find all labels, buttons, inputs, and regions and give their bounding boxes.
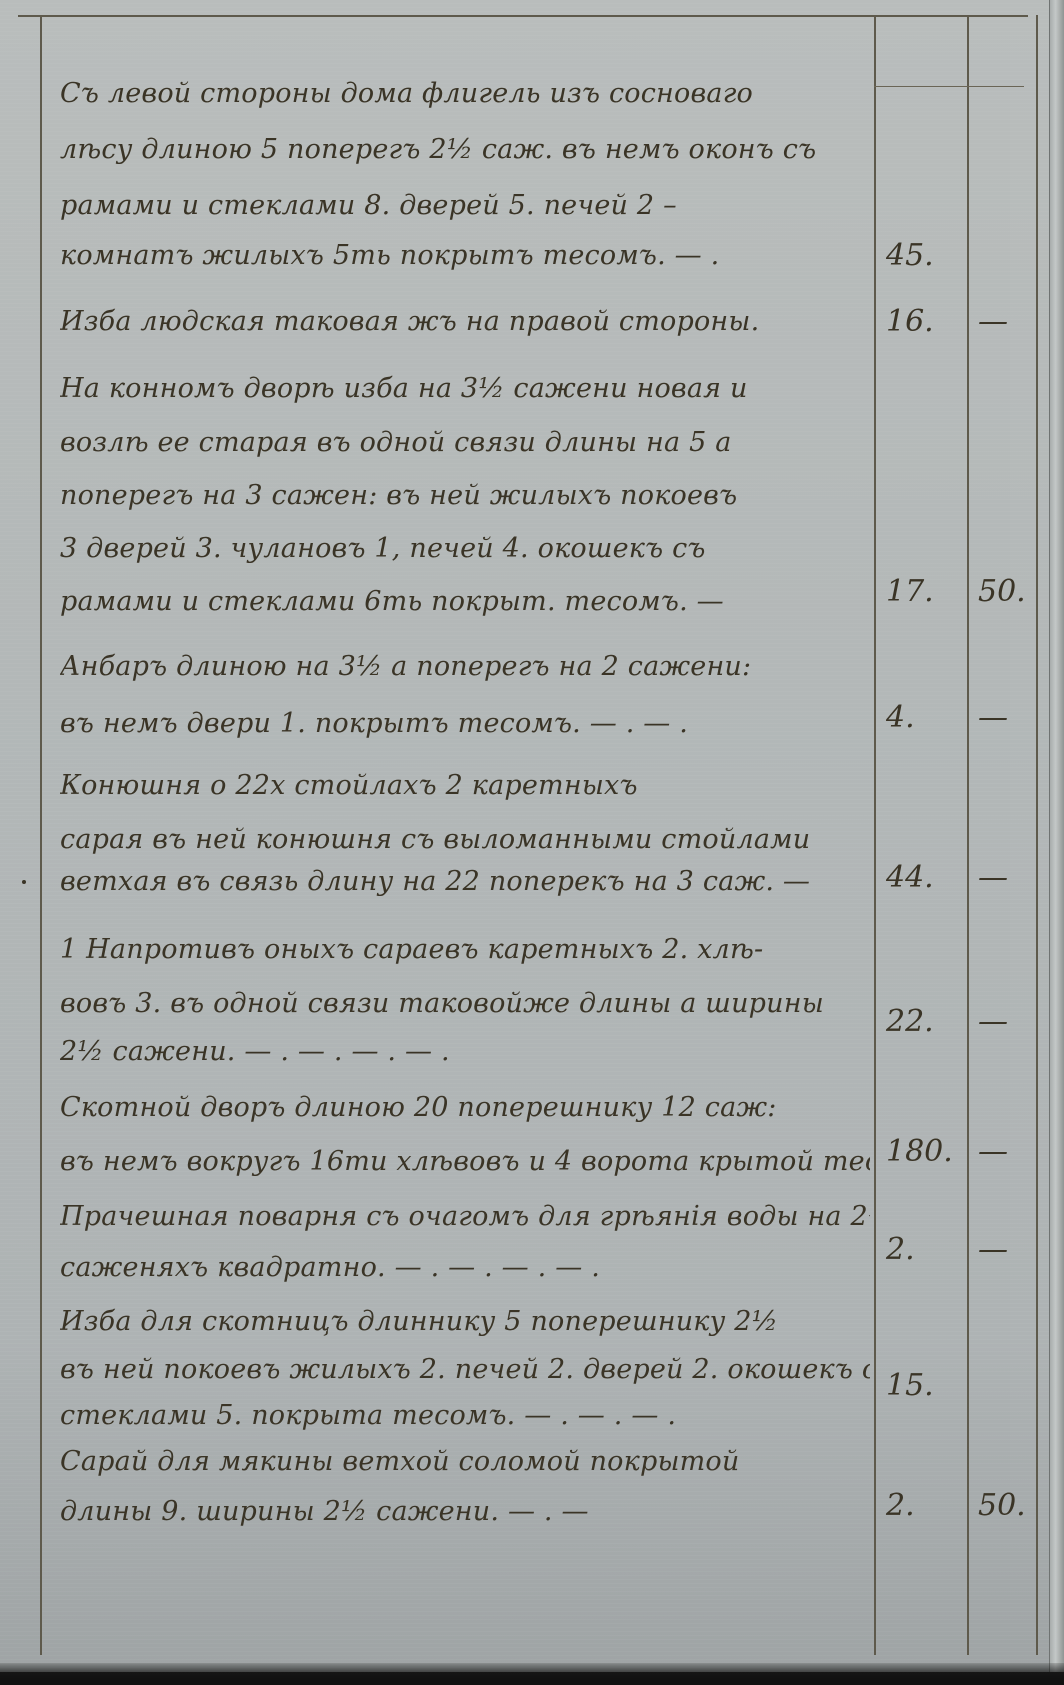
entry-3-rubles: 4. bbox=[886, 696, 966, 740]
entry-5-kopecks: — bbox=[978, 1000, 1038, 1044]
scan-bottom-shadow bbox=[0, 1663, 1064, 1685]
kopecks-column-rule bbox=[967, 15, 969, 1655]
margin-mark bbox=[22, 880, 26, 884]
frame-left-rule bbox=[40, 15, 42, 1655]
entry-9-line-0: Сарай для мякины ветхой соломой покрытой bbox=[60, 1440, 870, 1484]
entry-5-line-2: 2½ сажени. — . — . — . — . bbox=[60, 1030, 870, 1074]
column-header-rule bbox=[874, 86, 1024, 87]
entry-3-kopecks: — bbox=[978, 696, 1038, 740]
entry-9-kopecks: 50. bbox=[978, 1484, 1038, 1528]
entry-2-line-2: поперегъ на 3 сажен: въ ней жилыхъ покое… bbox=[60, 474, 870, 518]
entry-0-line-3: комнатъ жилыхъ 5ть покрытъ тесомъ. — . bbox=[60, 234, 870, 278]
entry-4-line-0: Конюшня о 22х стойлахъ 2 каретныхъ bbox=[60, 764, 870, 808]
entry-9-line-1: длины 9. ширины 2½ сажени. — . — bbox=[60, 1490, 870, 1534]
entry-4-line-1: сарая въ ней конюшня съ выломанными стой… bbox=[60, 818, 870, 862]
entry-5-line-0: 1 Напротивъ оныхъ сараевъ каретныхъ 2. х… bbox=[60, 928, 870, 972]
entry-3-line-0: Анбаръ длиною на 3½ а поперегъ на 2 саже… bbox=[60, 645, 870, 689]
entry-2-line-0: На конномъ дворѣ изба на 3½ сажени новая… bbox=[60, 367, 870, 411]
entry-2-line-4: рамами и стеклами 6ть покрыт. тесомъ. — bbox=[60, 580, 870, 624]
entry-2-kopecks: 50. bbox=[978, 570, 1038, 614]
entry-8-line-2: стеклами 5. покрыта тесомъ. — . — . — . bbox=[60, 1394, 870, 1438]
rubles-column-rule bbox=[874, 15, 876, 1655]
entry-5-line-1: вовъ 3. въ одной связи таковойже длины а… bbox=[60, 982, 870, 1026]
entry-0-rubles: 45. bbox=[886, 234, 966, 278]
entry-4-line-2: ветхая въ связь длину на 22 поперекъ на … bbox=[60, 860, 870, 904]
frame-top-rule bbox=[18, 15, 1028, 17]
entry-5-rubles: 22. bbox=[886, 1000, 966, 1044]
entry-0-line-1: лѣсу длиною 5 поперегъ 2½ саж. въ немъ о… bbox=[60, 128, 870, 172]
entry-0-line-2: рамами и стеклами 8. дверей 5. печей 2 – bbox=[60, 184, 870, 228]
entry-4-kopecks: — bbox=[978, 856, 1038, 900]
entry-3-line-1: въ немъ двери 1. покрытъ тесомъ. — . — . bbox=[60, 702, 870, 746]
entry-6-line-0: Скотной дворъ длиною 20 поперешнику 12 с… bbox=[60, 1086, 870, 1130]
entry-1-line-0: Изба людская таковая жъ на правой сторон… bbox=[60, 300, 870, 344]
entry-7-line-0: Прачешная поварня съ очагомъ для грѣянія… bbox=[60, 1195, 870, 1239]
entry-4-rubles: 44. bbox=[886, 856, 966, 900]
entry-8-line-0: Изба для скотницъ длиннику 5 поперешнику… bbox=[60, 1300, 870, 1344]
entry-1-rubles: 16. bbox=[886, 300, 966, 344]
entry-2-line-1: возлѣ ее старая въ одной связи длины на … bbox=[60, 421, 870, 465]
entry-6-rubles: 180. bbox=[886, 1130, 966, 1174]
entry-8-rubles: 15. bbox=[886, 1364, 966, 1408]
entry-9-rubles: 2. bbox=[886, 1484, 966, 1528]
entry-2-rubles: 17. bbox=[886, 570, 966, 614]
entry-7-rubles: 2. bbox=[886, 1228, 966, 1272]
frame-right-rule bbox=[1036, 15, 1038, 1655]
entry-2-line-3: 3 дверей 3. чулановъ 1, печей 4. окошекъ… bbox=[60, 527, 870, 571]
entry-7-kopecks: — bbox=[978, 1228, 1038, 1272]
entry-6-line-1: въ немъ вокругъ 16ти хлѣвовъ и 4 ворота … bbox=[60, 1140, 870, 1184]
entry-0-line-0: Съ левой стороны дома флигель изъ соснов… bbox=[60, 72, 870, 116]
adjacent-page-edge bbox=[1049, 0, 1064, 1672]
entry-1-kopecks: — bbox=[978, 300, 1038, 344]
ledger-page: Съ левой стороны дома флигель изъ соснов… bbox=[0, 0, 1054, 1672]
entry-7-line-1: саженяхъ квадратно. — . — . — . — . bbox=[60, 1246, 870, 1290]
entry-6-kopecks: — bbox=[978, 1130, 1038, 1174]
entry-8-line-1: въ ней покоевъ жилыхъ 2. печей 2. дверей… bbox=[60, 1348, 870, 1392]
